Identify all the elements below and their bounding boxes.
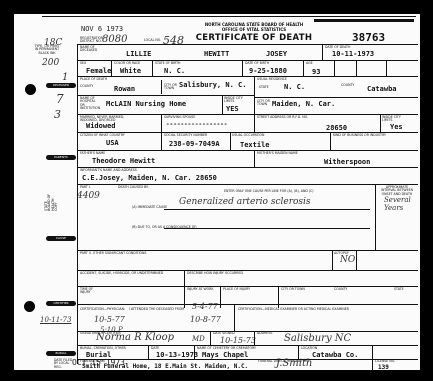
informant-label: INFORMANT'S NAME AND ADDRESS <box>80 169 137 172</box>
age-label: AGE <box>306 62 313 65</box>
street: 28650 <box>326 124 347 132</box>
occupation-label: USUAL OCCUPATION <box>232 134 322 137</box>
frame-left <box>77 44 78 364</box>
ssn-label: SOCIAL SECURITY NUMBER <box>164 134 207 137</box>
hand-note-3: 1 <box>62 72 68 83</box>
res-county-label: COUNTY <box>341 84 354 87</box>
injury-county-label: COUNTY <box>334 288 347 291</box>
attended-to: 10-5-77 <box>94 315 125 324</box>
mother-name: Witherspoon <box>324 158 370 166</box>
divider <box>334 60 335 76</box>
header-bar <box>314 19 414 22</box>
death-certificate: NOV 6 1973 18C REGISTRATION DISTRICT NO.… <box>14 14 420 370</box>
hand-note-5: 3 <box>54 108 61 121</box>
death-county: Rowan <box>114 85 135 93</box>
race: White <box>120 67 141 75</box>
name-label: NAME OF DECEASED <box>80 46 96 53</box>
received-stamp: NOV 6 1973 <box>81 25 123 33</box>
cemetery: Mays Chapel <box>202 351 248 359</box>
date-of-death-label: DATE OF DEATH <box>325 46 350 49</box>
father-name: Theodore Hewitt <box>92 157 155 165</box>
cemetery-label: NAME OF CEMETERY OR CREMATORY <box>197 347 256 350</box>
age: 93 <box>312 68 320 76</box>
spouse: ----------------- <box>166 121 227 129</box>
row-rule <box>77 304 418 305</box>
death-caused-by: DEATH CAUSED BY: <box>118 186 149 189</box>
res-county: Catawba <box>367 85 397 93</box>
sex: Female <box>86 67 111 75</box>
director-signature: J.Smith <box>276 358 312 369</box>
time-of-injury-label: TIME OF INJURY <box>80 288 100 295</box>
county-label: COUNTY <box>80 85 93 88</box>
res-city: Maiden, N. Car. <box>272 100 335 108</box>
divider <box>230 132 231 150</box>
state-number: 38763 <box>352 31 385 44</box>
punch-hole <box>25 84 36 95</box>
date-signed: 10-15-73 <box>220 336 256 345</box>
at-work-label: INJURY AT WORK <box>187 288 217 291</box>
birth-state-label: STATE OF BIRTH <box>155 62 180 65</box>
top-rule <box>42 16 416 17</box>
city-label: CITY OR TOWN <box>164 84 178 91</box>
place-of-injury-label: PLACE OF INJURY <box>223 288 250 291</box>
first-name: LILLIE <box>126 50 151 58</box>
me-cert-label: CERTIFICATION—MEDICAL EXAMINER OR ACTING… <box>238 308 408 311</box>
date-of-death: 10-11-1973 <box>332 50 374 58</box>
divider <box>372 345 373 370</box>
punch-hole <box>24 301 35 312</box>
middle-name: HEWITT <box>204 50 229 58</box>
divider <box>184 270 185 308</box>
local-no-label: LOCAL NO. <box>144 39 161 42</box>
divider <box>356 250 357 270</box>
physician-cert-label: CERTIFICATION—PHYSICIAN: <box>80 308 125 311</box>
row-rule <box>77 76 418 77</box>
location-label: LOCATION <box>301 347 317 350</box>
divider <box>152 60 153 76</box>
divider <box>303 60 304 76</box>
ssn: 238-09-7049A <box>169 140 220 148</box>
divider <box>254 331 255 345</box>
hand-note-2: 200 <box>42 58 59 68</box>
date-signed-label: DATE SIGNED <box>213 332 235 335</box>
local-no: 548 <box>163 34 184 47</box>
row-rule <box>77 150 418 151</box>
divider <box>161 114 162 132</box>
burial-date-label: DATE <box>151 347 159 350</box>
tab-deceased: DECEASED <box>46 83 76 88</box>
describe-label: DESCRIBE HOW INJURY OCCURRED <box>187 272 243 275</box>
cause-line-a <box>164 209 370 210</box>
last-name: JOSEY <box>266 50 287 58</box>
dob: 9-25-1880 <box>249 67 287 75</box>
business-label: KIND OF BUSINESS OR INDUSTRY <box>333 134 386 137</box>
res-state: N. C. <box>284 83 305 91</box>
license-1: 139 <box>378 364 389 372</box>
cause-line-b <box>164 228 370 229</box>
injury-state-label: STATE <box>394 288 404 291</box>
father-label: FATHER'S NAME <box>80 152 105 155</box>
tab-parents: PARENTS <box>46 155 76 160</box>
divider <box>322 44 323 60</box>
inside-city-label: INSIDE CITY LIMITS <box>224 97 252 104</box>
divider <box>254 150 255 167</box>
certifier-title: MD <box>192 335 205 343</box>
office-name: OFFICE OF VITAL STATISTICS <box>194 27 314 32</box>
divider <box>332 250 333 270</box>
immediate-cause: Generalized arterio sclerosis <box>179 197 311 207</box>
row-rule <box>254 97 418 98</box>
certifier-address: Salisbury NC <box>284 333 351 344</box>
divider <box>148 345 149 359</box>
mother-label: MOTHER'S MAIDEN NAME <box>257 152 298 155</box>
dob-label: DATE OF BIRTH <box>245 62 269 65</box>
divider <box>254 76 255 114</box>
place-of-death-label: PLACE OF DEATH <box>80 78 107 81</box>
enter-only-note: ENTER ONLY ONE CAUSE PER LINE FOR (a), (… <box>224 190 314 193</box>
res-inside: Yes <box>390 123 403 131</box>
divider <box>380 114 381 132</box>
interval-label: APPROXIMATE INTERVAL BETWEEN ONSET AND D… <box>378 186 416 196</box>
certifier-signature: Norma R Kloop <box>96 332 174 343</box>
birth-state: N. C. <box>164 67 185 75</box>
res-inside-label: INSIDE CITY LIMITS <box>382 116 412 123</box>
divider <box>254 114 255 132</box>
hospital: McLAIN Nursing Home <box>106 100 186 108</box>
marital: Widowed <box>86 122 116 130</box>
hand-note-4: 7 <box>56 92 64 106</box>
location: Catawba Co. <box>312 351 358 359</box>
residence-label: USUAL RESIDENCE <box>257 78 417 81</box>
divider <box>161 80 162 94</box>
spouse-label: SURVIVING SPOUSE <box>164 116 195 119</box>
autopsy: NO <box>340 255 355 265</box>
part2-label: PART II. OTHER SIGNIFICANT CONDITIONS <box>80 252 200 255</box>
citizen: USA <box>106 139 119 147</box>
attended-from: 5-4-77 <box>192 302 218 311</box>
res-city-label: CITY OR TOWN <box>257 100 271 107</box>
ink-instructions: TYPE, OR PRINT IN PERMANENT BLACK INK <box>34 45 60 55</box>
sex-label: SEX <box>80 62 86 65</box>
inside-city: YES <box>226 105 239 113</box>
divider <box>330 132 331 150</box>
tab-cause: CAUSE <box>46 236 76 241</box>
last-seen: 10-8-77 <box>190 315 221 324</box>
disposition: Burial <box>86 351 111 359</box>
burial-date: 10-13-1973 <box>156 351 198 359</box>
race-label: COLOR OR RACE <box>114 62 140 65</box>
tab-certifier: CERTIFIER <box>46 301 76 306</box>
street-label: STREET ADDRESS OR R.F.D. No. <box>257 116 308 119</box>
row-rule <box>77 44 418 45</box>
divider <box>234 304 235 331</box>
row-rule <box>77 114 418 115</box>
immediate-cause-label: (a) IMMEDIATE CAUSE <box>132 206 167 209</box>
divider <box>298 345 299 359</box>
divider <box>375 184 376 250</box>
divider <box>222 95 223 114</box>
informant: C.E.Josey, Maiden, N. Car. 28650 <box>82 174 217 182</box>
divider <box>161 132 162 150</box>
res-state-label: STATE <box>259 86 269 89</box>
part1-label: PART I. <box>80 186 91 189</box>
divider <box>194 345 195 359</box>
accident-label: ACCIDENT, SUICIDE, HOMICIDE, OR UNDETERM… <box>80 272 170 275</box>
certifier-date: 10-11-73 <box>40 316 71 324</box>
divider <box>111 60 112 76</box>
injury-city-label: CITY OR TOWN <box>281 288 305 291</box>
address-label: ADDRESS <box>257 332 272 335</box>
interval: Several Years <box>384 196 414 212</box>
disposition-label: BURIAL, CREMATION, OTHER <box>80 347 126 350</box>
death-city: Salisbury, N. C. <box>179 81 246 89</box>
occupation: Textile <box>240 141 270 149</box>
certificate-title: CERTIFICATE OF DEATH <box>194 33 314 43</box>
funeral-home: Smith Funeral Home, 18 E.Main St. Maiden… <box>82 363 248 371</box>
attended-from-label: I ATTENDED THE DECEASED FROM <box>129 308 184 311</box>
row-rule <box>77 359 418 360</box>
cause-code: 4409 <box>77 191 100 201</box>
divider <box>242 60 243 76</box>
divider <box>386 60 387 76</box>
tab-burial: BURIAL <box>46 351 76 356</box>
divider <box>210 331 211 345</box>
citizen-label: CITIZEN OF WHAT COUNTRY <box>80 134 125 137</box>
license-label-1: LICENSE NO. <box>375 360 395 363</box>
hospital-label: NAME OF HOSPITAL OR INSTITUTION <box>80 97 100 111</box>
state-copy-label: STATE BOARD OF HEALTH COPY <box>45 191 59 211</box>
divider <box>356 60 357 76</box>
